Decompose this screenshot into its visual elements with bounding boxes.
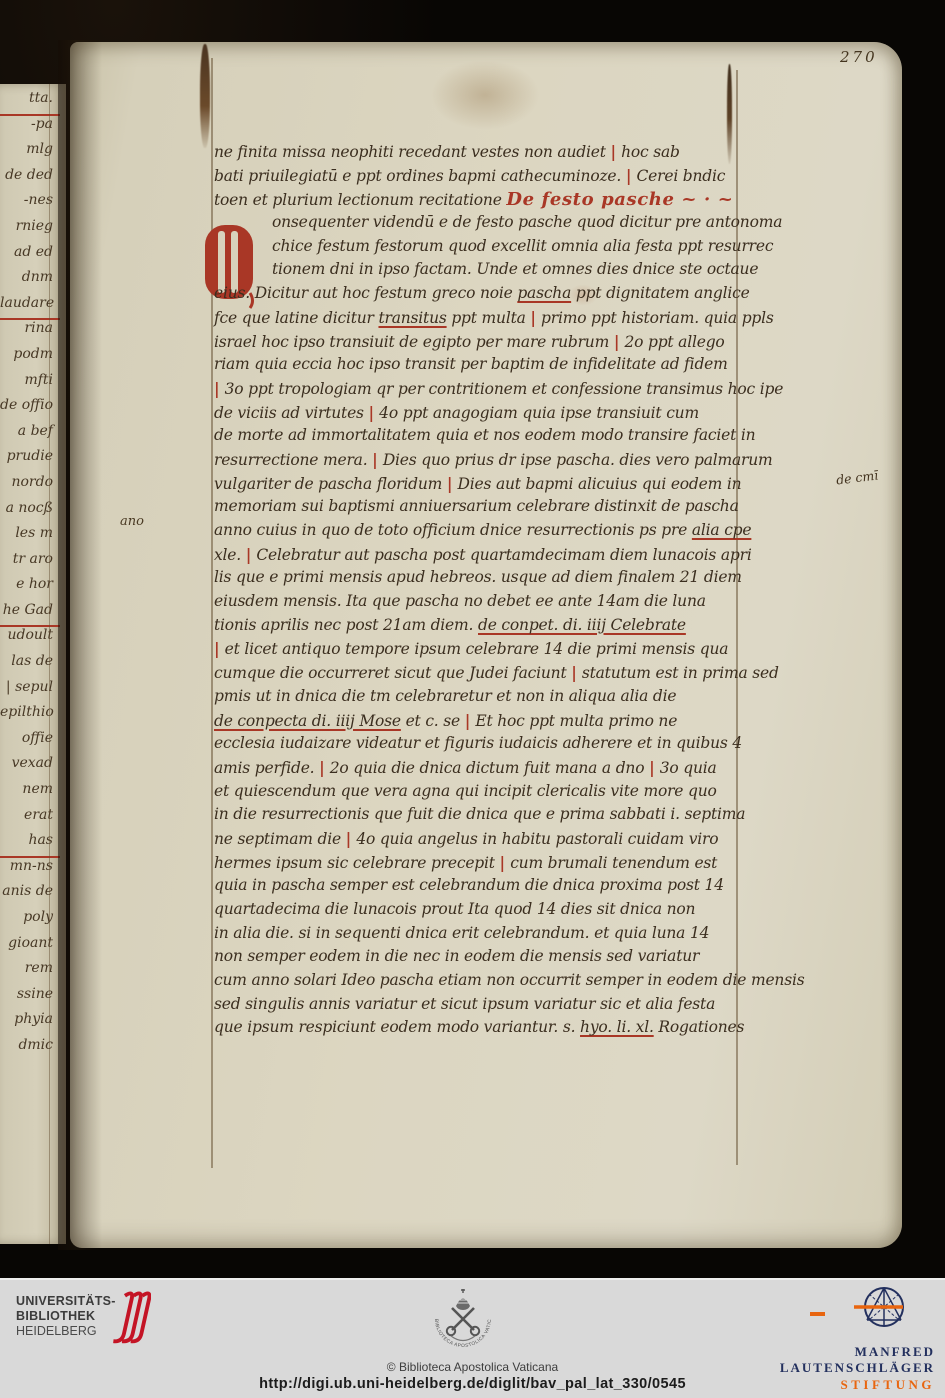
manuscript-text-segment: onsequenter videndū e de festo pasche qu… bbox=[272, 213, 782, 231]
facing-page-text-fragment: gioant bbox=[0, 935, 60, 961]
facing-page-text-fragment: rem bbox=[0, 960, 60, 986]
manuscript-text-segment: que ipsum respiciunt eodem modo variantu… bbox=[214, 1018, 580, 1036]
manuscript-text-line: anno cuius in quo de toto officium dnice… bbox=[214, 521, 744, 545]
manuscript-text-line: cum anno solari Ideo pascha etiam non oc… bbox=[214, 971, 744, 995]
manuscript-text-segment: quartadecima die lunacois prout Ita quod… bbox=[214, 900, 695, 918]
facing-page-text-fragment: poly bbox=[0, 909, 60, 935]
ml-line2: LAUTENSCHLÄGER bbox=[780, 1360, 935, 1376]
manuscript-text-line: vulgariter de pascha floridum | Dies aut… bbox=[214, 474, 744, 498]
facing-page-text-fragment: laudare bbox=[0, 295, 60, 321]
manuscript-text-segment: | bbox=[465, 711, 476, 730]
book-photo-area: tta.-pamlgde ded-nesrniegad eddnmlaudare… bbox=[0, 0, 945, 1278]
facing-page-text-fragment: rnieg bbox=[0, 218, 60, 244]
manuscript-text-segment: Celebratur aut pascha post quartamdecima… bbox=[256, 546, 751, 564]
facing-page-text-fragment: rina bbox=[0, 320, 60, 346]
manuscript-text-segment: | bbox=[372, 450, 383, 469]
facing-page-fragments: tta.-pamlgde ded-nesrniegad eddnmlaudare… bbox=[0, 90, 60, 1063]
facing-page-text-fragment: a bef bbox=[0, 423, 60, 449]
manuscript-text-segment: | bbox=[530, 308, 541, 327]
manuscript-text-segment: transitus bbox=[378, 309, 446, 327]
manuscript-text-segment: 3o quia bbox=[660, 759, 717, 777]
manuscript-text-segment: hoc sab bbox=[621, 143, 680, 161]
facing-page-text-fragment: podm bbox=[0, 346, 60, 372]
manuscript-text-segment: et c. se bbox=[401, 712, 465, 730]
manuscript-text-line: in die resurrectionis que fuit die dnica… bbox=[214, 805, 744, 829]
manuscript-text-segment: in alia die. si in sequenti dnica erit c… bbox=[214, 924, 709, 942]
manuscript-text-line: de viciis ad virtutes | 4o ppt anagogiam… bbox=[214, 403, 744, 427]
manuscript-text-segment: hyo. li. xl. bbox=[580, 1018, 654, 1036]
facing-page-text-fragment: mn-ns bbox=[0, 858, 60, 884]
parchment-stain bbox=[430, 60, 540, 130]
manuscript-text-segment: Dies quo prius dr ipse pascha. dies vero… bbox=[383, 451, 773, 469]
facing-page-text-fragment: -nes bbox=[0, 192, 60, 218]
facing-page-text-fragment: vexad bbox=[0, 755, 60, 781]
manuscript-text-segment: 2o ppt allego bbox=[624, 333, 724, 351]
manuscript-text-segment: | bbox=[626, 166, 637, 185]
manuscript-text-segment: bati priuilegiatū e ppt ordines bapmi ca… bbox=[214, 167, 626, 185]
manuscript-text-segment: tionis aprilis nec post 21am diem. bbox=[214, 616, 478, 634]
manuscript-text-line: eiusdem mensis. Ita que pascha no debet … bbox=[214, 592, 744, 616]
manuscript-text-segment: | bbox=[447, 474, 458, 493]
manuscript-text-segment: vulgariter de pascha floridum bbox=[214, 475, 447, 493]
manuscript-text-segment: et quiescendum que vera agna qui incipit… bbox=[214, 782, 717, 800]
manuscript-text-line: de morte ad immortalitatem quia et nos e… bbox=[214, 426, 744, 450]
manuscript-text-segment: de conpet. di. iiij Celebrate bbox=[478, 616, 686, 634]
manuscript-text-segment: Rogationes bbox=[654, 1018, 745, 1036]
ink-blot bbox=[200, 44, 210, 148]
facing-page-text-fragment: he Gad bbox=[0, 602, 60, 628]
facing-page-text-fragment: udoult bbox=[0, 627, 60, 653]
facing-page-text-fragment: ssine bbox=[0, 986, 60, 1012]
facing-page-text-fragment: -pa bbox=[0, 116, 60, 142]
manuscript-text-line: ne septimam die | 4o quia angelus in hab… bbox=[214, 829, 744, 853]
facing-page-text-fragment: tta. bbox=[0, 90, 60, 116]
manuscript-text-segment: amis perfide. bbox=[214, 759, 319, 777]
facing-page-text-fragment: prudie bbox=[0, 448, 60, 474]
manuscript-text-segment: pascha bbox=[517, 284, 571, 302]
ml-line3: STIFTUNG bbox=[780, 1376, 935, 1393]
ml-line1: MANFRED bbox=[780, 1344, 935, 1360]
facing-page-text-fragment: ad ed bbox=[0, 244, 60, 270]
manuscript-text-segment: israel hoc ipso transiuit de egipto per … bbox=[214, 333, 614, 351]
library-footer: UNIVERSITÄTS- BIBLIOTHEK HEIDELBERG bbox=[0, 1278, 945, 1398]
manuscript-text-line: de conpecta di. iiij Mose et c. se | Et … bbox=[214, 711, 744, 735]
manuscript-text-segment: 3o ppt tropologiam qr per contritionem e… bbox=[225, 380, 784, 398]
manuscript-text-segment: in die resurrectionis que fuit die dnica… bbox=[214, 805, 745, 823]
manuscript-text-segment: resurrectione mera. bbox=[214, 451, 372, 469]
manuscript-text-line: quia in pascha semper est celebrandum di… bbox=[214, 876, 744, 900]
manuscript-text-segment: fce que latine dicitur bbox=[214, 309, 378, 327]
facing-page-text-fragment: mfti bbox=[0, 372, 60, 398]
manuscript-text-line: non semper eodem in die nec in eodem die… bbox=[214, 947, 744, 971]
manuscript-text-line: memoriam sui baptismi anniuersarium cele… bbox=[214, 497, 744, 521]
manuscript-text-segment: 4o ppt anagogiam quia ipse transiuit cum bbox=[379, 404, 699, 422]
manuscript-text-segment: de conpecta di. iiij Mose bbox=[214, 712, 401, 730]
manuscript-text-line: chice festum festorum quod excellit omni… bbox=[214, 237, 744, 261]
manuscript-text-segment: non semper eodem in die nec in eodem die… bbox=[214, 947, 699, 965]
facing-page-text-fragment: tr aro bbox=[0, 551, 60, 577]
manuscript-text-segment: pmis ut in dnica die tm celebraretur et … bbox=[214, 687, 676, 705]
manuscript-text-line: que ipsum respiciunt eodem modo variantu… bbox=[214, 1018, 744, 1042]
manuscript-text-segment: Dies aut bapmi alicuius qui eodem in bbox=[458, 475, 742, 493]
facing-page-text-fragment: erat bbox=[0, 807, 60, 833]
manuscript-text-line: quartadecima die lunacois prout Ita quod… bbox=[214, 900, 744, 924]
facing-page-edge: tta.-pamlgde ded-nesrniegad eddnmlaudare… bbox=[0, 84, 66, 1244]
manuscript-text-segment: et licet antiquo tempore ipsum celebrare… bbox=[225, 640, 729, 658]
facing-page-text-fragment: a nocß bbox=[0, 500, 60, 526]
manuscript-text-segment: eiusdem mensis. Ita que pascha no debet … bbox=[214, 592, 706, 610]
manuscript-text-segment: xle. bbox=[214, 546, 246, 564]
manuscript-text-line: ecclesia iudaizare videatur et figuris i… bbox=[214, 734, 744, 758]
ml-stiftung-wordmark: MANFRED LAUTENSCHLÄGER STIFTUNG bbox=[780, 1344, 935, 1393]
manuscript-text-segment: 4o quia angelus in habitu pastorali cuid… bbox=[356, 830, 718, 848]
manuscript-text-segment: | bbox=[346, 829, 357, 848]
facing-page-text-fragment: mlg bbox=[0, 141, 60, 167]
manuscript-text-segment: alia cpe bbox=[692, 521, 752, 539]
facing-page-text-fragment: | sepul bbox=[0, 679, 60, 705]
folio-number: 270 bbox=[840, 48, 878, 66]
manuscript-text-segment: lis que e primi mensis apud hebreos. usq… bbox=[214, 568, 742, 586]
manuscript-text-segment: | bbox=[214, 379, 225, 398]
manuscript-page: 270 ano de cmī ne finita missa neophiti … bbox=[70, 42, 902, 1248]
manuscript-text-segment: statutum est in prima sed bbox=[582, 664, 779, 682]
ml-stiftung-dash-icon bbox=[810, 1312, 825, 1316]
manuscript-text-segment: chice festum festorum quod excellit omni… bbox=[272, 237, 773, 255]
manuscript-text-segment: | bbox=[214, 639, 225, 658]
manuscript-text-line: bati priuilegiatū e ppt ordines bapmi ca… bbox=[214, 166, 744, 190]
manuscript-text-segment: | bbox=[246, 545, 257, 564]
facing-page-text-fragment: offie bbox=[0, 730, 60, 756]
facing-page-text-fragment: dmic bbox=[0, 1037, 60, 1063]
manuscript-text-line: pmis ut in dnica die tm celebraretur et … bbox=[214, 687, 744, 711]
manuscript-text-segment: Et hoc ppt multa primo ne bbox=[475, 712, 677, 730]
manuscript-text-line: eius. Dicitur aut hoc festum greco noie … bbox=[214, 284, 744, 308]
facing-page-text-fragment: nordo bbox=[0, 474, 60, 500]
facing-page-text-fragment: phyia bbox=[0, 1011, 60, 1037]
manuscript-text-line: riam quia eccia hoc ipso transit per bap… bbox=[214, 355, 744, 379]
manuscript-text-segment: | bbox=[614, 332, 625, 351]
manuscript-text-segment: eius. Dicitur aut hoc festum greco noie bbox=[214, 284, 517, 302]
manuscript-text-segment: ne septimam die bbox=[214, 830, 346, 848]
manuscript-text-line: fce que latine dicitur transitus ppt mul… bbox=[214, 308, 744, 332]
manuscript-text-segment: ppt multa bbox=[447, 309, 531, 327]
manuscript-text-segment: primo ppt historiam. quia ppls bbox=[541, 309, 774, 327]
manuscript-text-segment: cum anno solari Ideo pascha etiam non oc… bbox=[214, 971, 804, 989]
manuscript-text-segment: ppt dignitatem anglice bbox=[571, 284, 749, 302]
manuscript-text-segment: De festo pasche ~ · ~ bbox=[506, 189, 733, 210]
manuscript-text-line: toen et plurium lectionum recitatione De… bbox=[214, 189, 744, 213]
manuscript-text-segment: hermes ipsum sic celebrare precepit bbox=[214, 854, 500, 872]
manuscript-text-segment: | bbox=[500, 853, 511, 872]
manuscript-text-line: resurrectione mera. | Dies quo prius dr … bbox=[214, 450, 744, 474]
manuscript-text-line: israel hoc ipso transiuit de egipto per … bbox=[214, 332, 744, 356]
manuscript-text-segment: ne finita missa neophiti recedant vestes… bbox=[214, 143, 610, 161]
manuscript-text-line: in alia die. si in sequenti dnica erit c… bbox=[214, 924, 744, 948]
manuscript-text-segment: | bbox=[571, 663, 582, 682]
manuscript-text-segment: 2o quia die dnica dictum fuit mana a dno bbox=[330, 759, 649, 777]
facing-page-text-fragment: dnm bbox=[0, 269, 60, 295]
manuscript-text-segment: ecclesia iudaizare videatur et figuris i… bbox=[214, 734, 742, 752]
manuscript-text-block: ne finita missa neophiti recedant vestes… bbox=[214, 142, 744, 1042]
manuscript-text-segment: de morte ad immortalitatem quia et nos e… bbox=[214, 426, 755, 444]
margin-note-right: de cmī bbox=[835, 467, 879, 487]
manuscript-text-segment: riam quia eccia hoc ipso transit per bap… bbox=[214, 355, 728, 373]
manuscript-text-segment: anno cuius in quo de toto officium dnice… bbox=[214, 521, 692, 539]
manuscript-text-line: lis que e primi mensis apud hebreos. usq… bbox=[214, 568, 744, 592]
facing-page-text-fragment: has bbox=[0, 832, 60, 858]
manuscript-text-line: onsequenter videndū e de festo pasche qu… bbox=[214, 213, 744, 237]
manuscript-text-segment: tionem dni in ipso factam. Unde et omnes… bbox=[272, 260, 758, 278]
manuscript-text-segment: | bbox=[649, 758, 660, 777]
manuscript-text-line: xle. | Celebratur aut pascha post quarta… bbox=[214, 545, 744, 569]
margin-note-left: ano bbox=[120, 514, 144, 529]
manuscript-text-segment: quia in pascha semper est celebrandum di… bbox=[214, 876, 724, 894]
manuscript-text-segment: cum brumali tenendum est bbox=[510, 854, 717, 872]
facing-page-text-fragment: epilthio bbox=[0, 704, 60, 730]
manuscript-text-line: tionem dni in ipso factam. Unde et omnes… bbox=[214, 260, 744, 284]
manuscript-text-segment: | bbox=[319, 758, 330, 777]
facing-page-text-fragment: de ded bbox=[0, 167, 60, 193]
manuscript-text-segment: | bbox=[610, 142, 621, 161]
manuscript-text-line: | 3o ppt tropologiam qr per contritionem… bbox=[214, 379, 744, 403]
manuscript-text-line: et quiescendum que vera agna qui incipit… bbox=[214, 782, 744, 806]
manuscript-text-line: sed singulis annis variatur et sicut ips… bbox=[214, 995, 744, 1019]
manuscript-text-segment: de viciis ad virtutes bbox=[214, 404, 369, 422]
facing-page-text-fragment: e hor bbox=[0, 576, 60, 602]
manuscript-text-line: hermes ipsum sic celebrare precepit | cu… bbox=[214, 853, 744, 877]
digitized-manuscript-screenshot: tta.-pamlgde ded-nesrniegad eddnmlaudare… bbox=[0, 0, 945, 1398]
facing-page-text-fragment: de offio bbox=[0, 397, 60, 423]
facing-page-ruling-line bbox=[49, 84, 50, 1244]
facing-page-text-fragment: les m bbox=[0, 525, 60, 551]
manuscript-text-segment: Cerei bndic bbox=[637, 167, 726, 185]
ml-stiftung-logo-icon bbox=[852, 1284, 912, 1339]
manuscript-text-segment: memoriam sui baptismi anniuersarium cele… bbox=[214, 497, 739, 515]
manuscript-text-line: | et licet antiquo tempore ipsum celebra… bbox=[214, 639, 744, 663]
facing-page-text-fragment: las de bbox=[0, 653, 60, 679]
vatican-emblem-icon: BIBLIOTECA APOSTOLICA VATICANA bbox=[428, 1285, 498, 1364]
facing-page-text-fragment: anis de bbox=[0, 883, 60, 909]
manuscript-text-line: ne finita missa neophiti recedant vestes… bbox=[214, 142, 744, 166]
manuscript-text-line: amis perfide. | 2o quia die dnica dictum… bbox=[214, 758, 744, 782]
facing-page-text-fragment: nem bbox=[0, 781, 60, 807]
manuscript-text-segment: sed singulis annis variatur et sicut ips… bbox=[214, 995, 715, 1013]
manuscript-text-line: cumque die occurreret sicut que Judei fa… bbox=[214, 663, 744, 687]
manuscript-text-segment: toen et plurium lectionum recitatione bbox=[214, 191, 506, 209]
manuscript-text-line: tionis aprilis nec post 21am diem. de co… bbox=[214, 616, 744, 640]
ub-heidelberg-logo-icon bbox=[97, 1288, 151, 1353]
manuscript-text-segment: | bbox=[369, 403, 380, 422]
manuscript-text-segment: cumque die occurreret sicut que Judei fa… bbox=[214, 664, 571, 682]
